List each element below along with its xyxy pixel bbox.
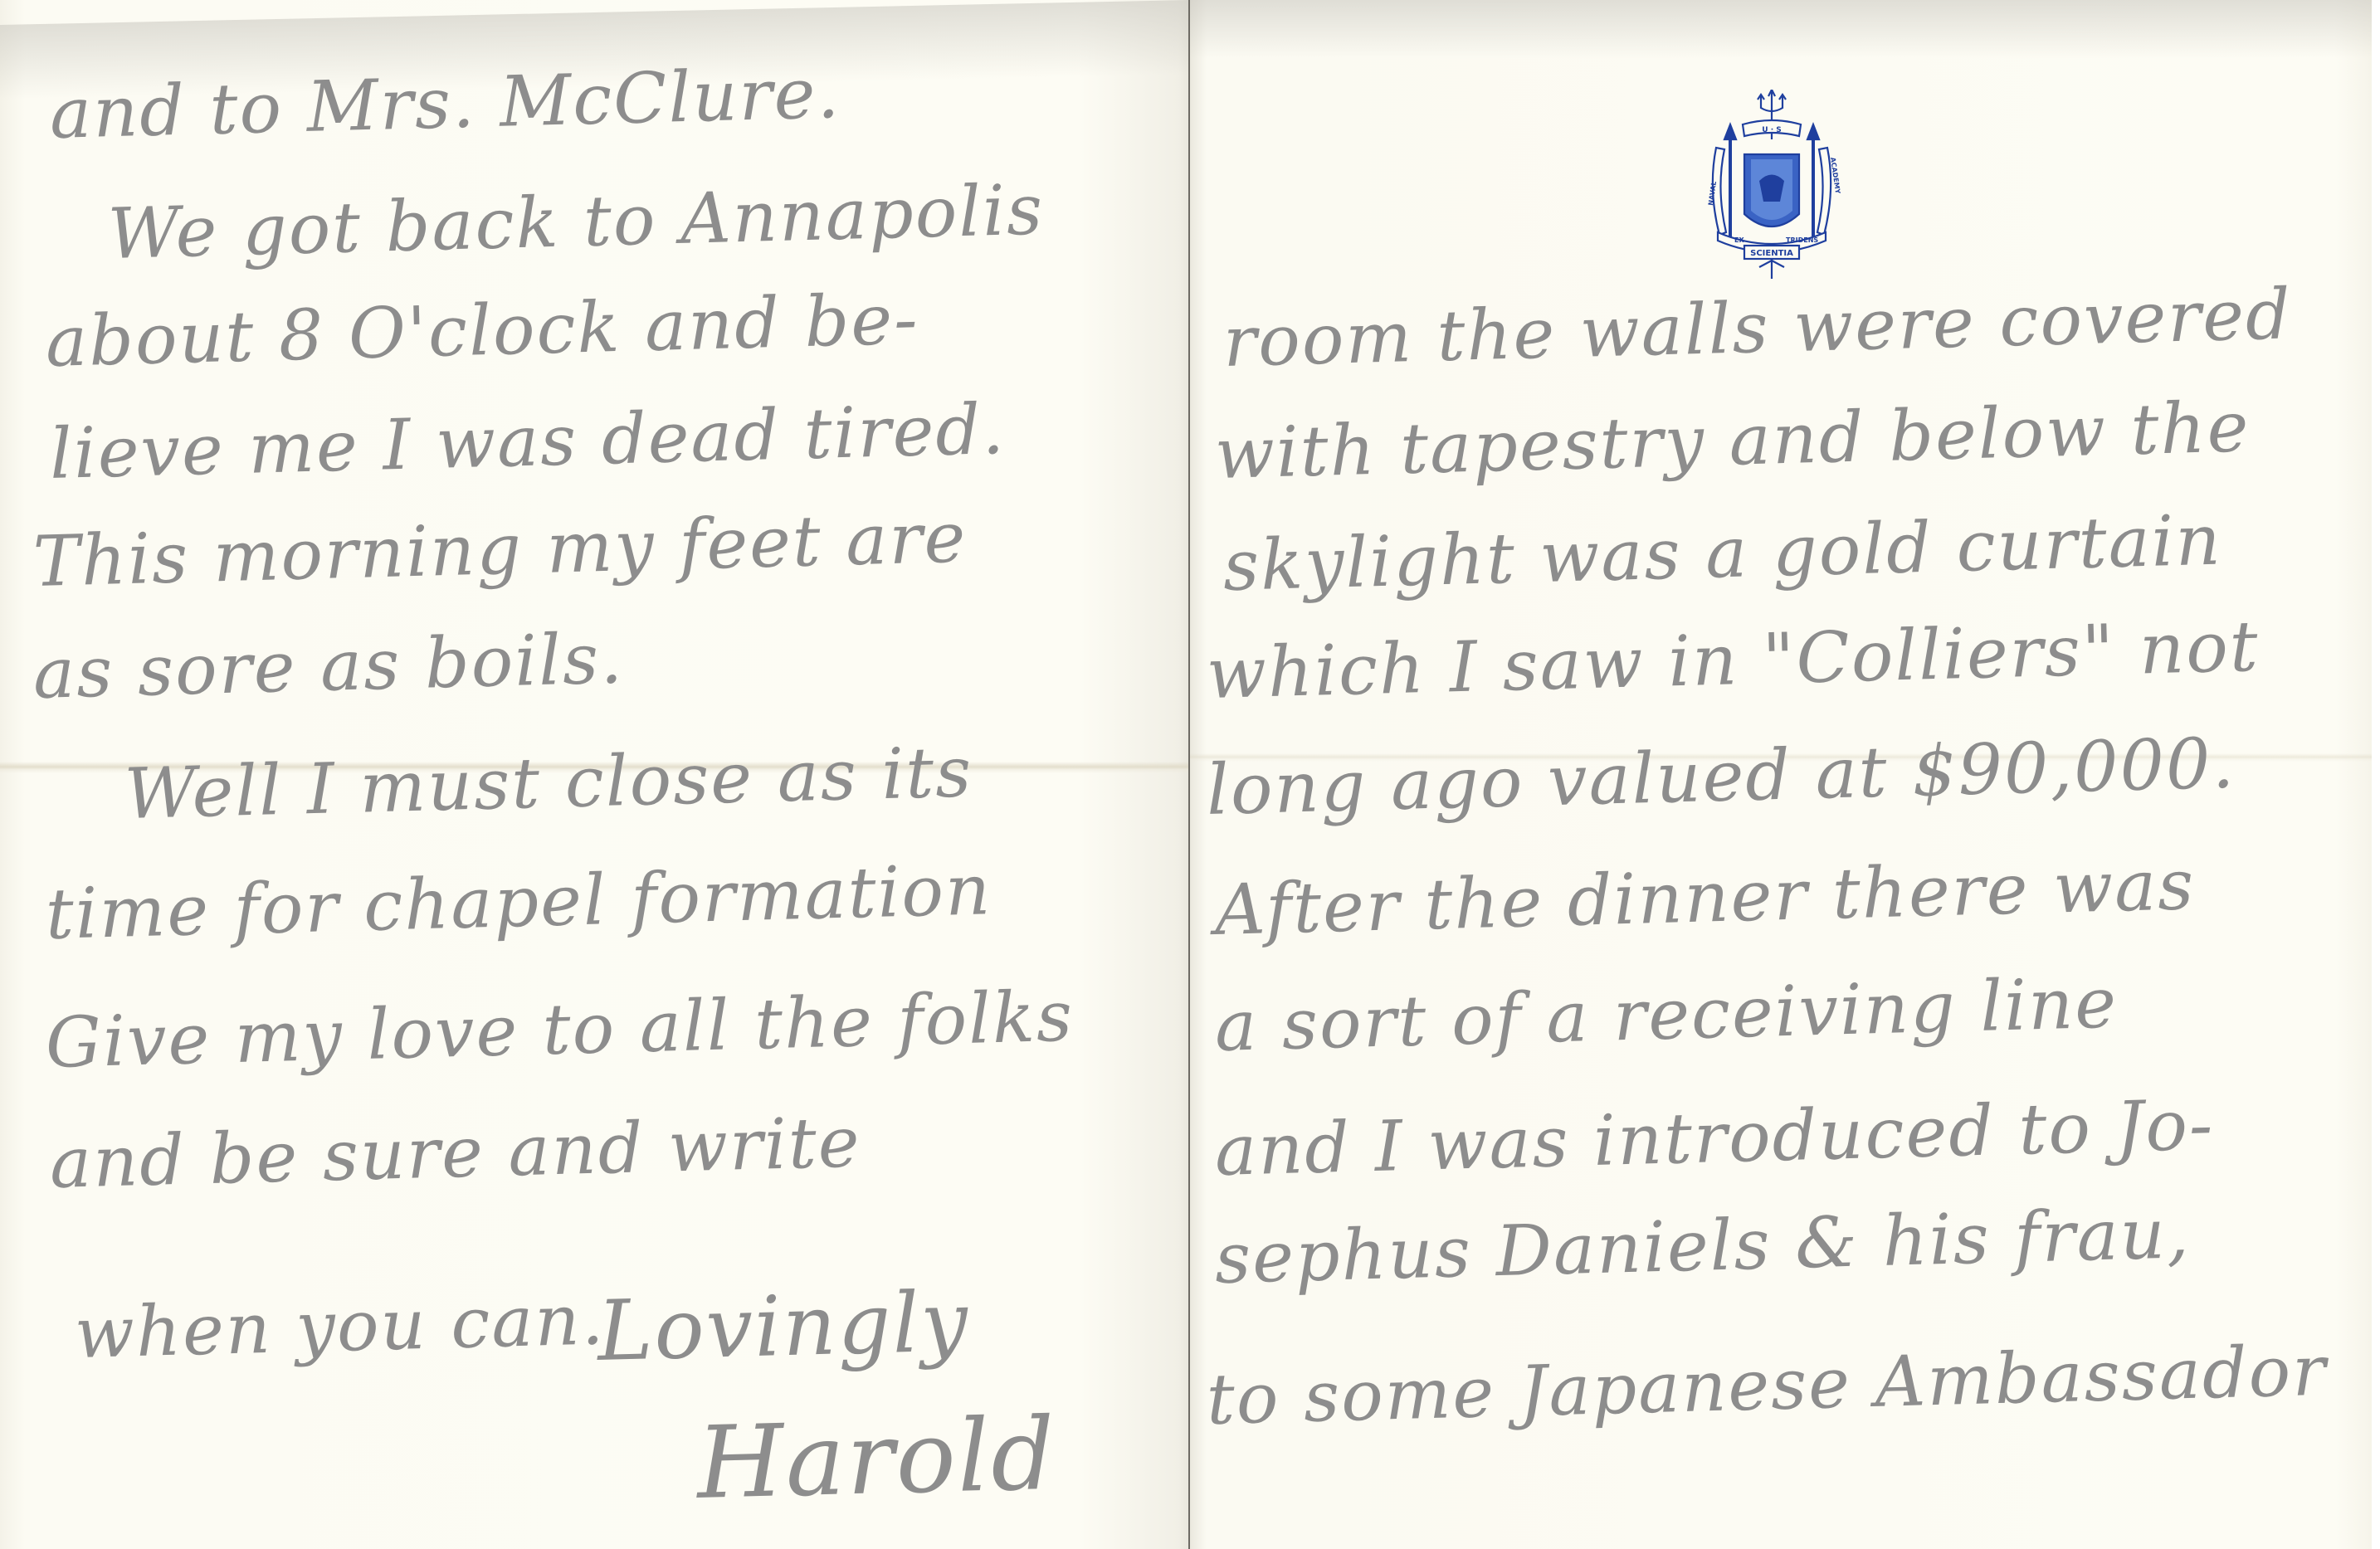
scan-margin bbox=[2372, 0, 2380, 1549]
handwritten-line: skylight was a gold curtain bbox=[1222, 505, 2223, 601]
handwritten-line: lieve me I was dead tired. bbox=[49, 394, 1007, 489]
handwritten-line: when you can. bbox=[74, 1284, 606, 1368]
crest-motto-bottom: SCIENTIA bbox=[1750, 249, 1793, 258]
handwritten-line: After the dinner there was bbox=[1214, 850, 2196, 945]
handwritten-line: time for chapel formation bbox=[45, 855, 992, 949]
handwritten-line: to some Japanese Ambassador bbox=[1206, 1336, 2328, 1435]
naval-academy-crest-icon: U · S SCIENTIA EX TRIDENS NAVAL ACADEMY bbox=[1701, 90, 1842, 280]
handwritten-line: and to Mrs. McClure. bbox=[49, 58, 841, 149]
handwritten-line: about 8 O'clock and be- bbox=[45, 284, 920, 377]
crest-motto-right: TRIDENS bbox=[1786, 236, 1818, 244]
handwritten-line: Give my love to all the folks bbox=[45, 982, 1075, 1078]
crest-motto-left: EX bbox=[1734, 236, 1744, 244]
handwritten-line: a sort of a receiving line bbox=[1214, 968, 2119, 1061]
handwritten-line: and I was introduced to Jo- bbox=[1214, 1089, 2215, 1186]
handwritten-line: This morning my feet are bbox=[32, 503, 968, 597]
handwritten-line: as sore as boils. bbox=[32, 623, 625, 709]
letter-page-left: and to Mrs. McClure. We got back to Anna… bbox=[0, 0, 1188, 1549]
handwritten-line: long ago valued at $90,000. bbox=[1206, 728, 2236, 825]
handwritten-line: room the walls were covered bbox=[1222, 279, 2293, 377]
handwritten-line: We got back to Annapolis bbox=[107, 174, 1045, 269]
handwritten-line: which I saw in "Colliers" not bbox=[1206, 611, 2261, 709]
page-shadow bbox=[1190, 0, 2372, 58]
handwritten-line: and be sure and write bbox=[49, 1107, 862, 1198]
signature: Harold bbox=[695, 1405, 1057, 1514]
handwritten-line: Well I must close as its bbox=[124, 737, 973, 829]
closing-lovingly: Lovingly bbox=[597, 1280, 970, 1373]
handwritten-line: sephus Daniels & his frau, bbox=[1214, 1198, 2192, 1293]
crest-banner-top: U · S bbox=[1762, 126, 1781, 134]
handwritten-line: with tapestry and below the bbox=[1214, 392, 2251, 489]
